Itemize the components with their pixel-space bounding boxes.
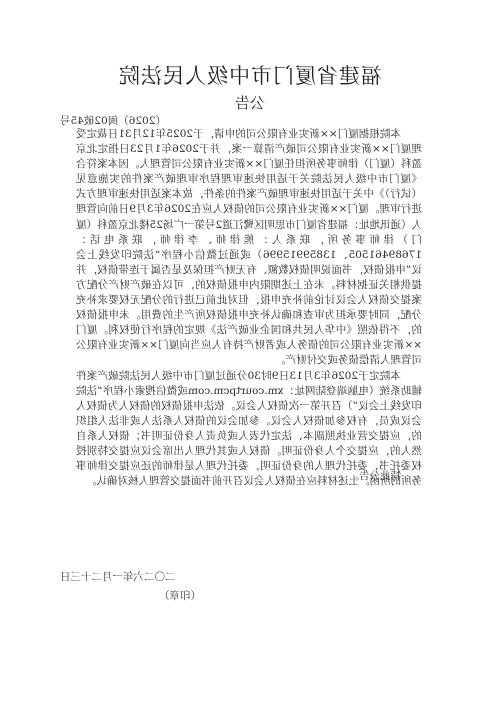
document-type-heading: 公告: [0, 92, 500, 113]
court-title: 福建省厦门市中级人民法院: [0, 60, 500, 90]
case-number: （2026）闽02破45号: [60, 113, 240, 128]
paragraph-bankruptcy-acceptance: 本院根据厦门××新实业有限公司的申请，于2025年12月31日裁定受理厦门××新…: [76, 127, 422, 369]
closing-text: 特此公告。: [76, 468, 422, 483]
notice-body: 本院根据厦门××新实业有限公司的申请，于2025年12月31日裁定受理厦门××新…: [76, 127, 422, 489]
mirrored-document-page: 福建省厦门市中级人民法院 公告 （2026）闽02破45号 本院根据厦门××新实…: [0, 0, 500, 707]
issue-date: 二〇二六年一月二十三日: [60, 569, 260, 584]
seal-placeholder: （印章）: [100, 588, 260, 603]
